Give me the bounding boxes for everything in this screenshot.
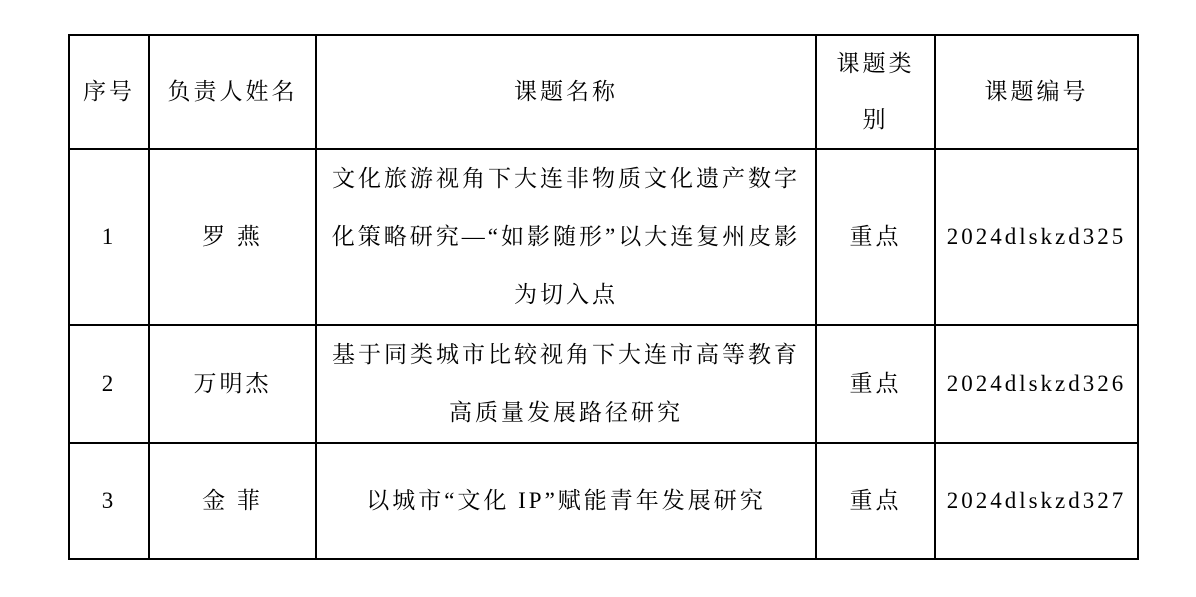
document-page: 序号 负责人姓名 课题名称 课题类别 课题编号 1 罗 燕 文化旅游视角下大连非… (0, 0, 1196, 597)
table-row: 3 金 菲 以城市“文化 IP”赋能青年发展研究 重点 2024dlskzd32… (69, 443, 1138, 559)
title-cell: 以城市“文化 IP”赋能青年发展研究 (316, 443, 816, 559)
name-cell: 罗 燕 (149, 149, 316, 325)
seq-cell: 3 (69, 443, 149, 559)
title-line: 基于同类城市比较视角下大连市高等教育 (324, 326, 808, 384)
seq-cell: 1 (69, 149, 149, 325)
table-row: 2 万明杰 基于同类城市比较视角下大连市高等教育 高质量发展路径研究 重点 20… (69, 325, 1138, 443)
column-header-code: 课题编号 (935, 35, 1138, 149)
header-row: 序号 负责人姓名 课题名称 课题类别 课题编号 (69, 35, 1138, 149)
title-cell: 基于同类城市比较视角下大连市高等教育 高质量发展路径研究 (316, 325, 816, 443)
category-cell: 重点 (816, 443, 935, 559)
name-cell: 万明杰 (149, 325, 316, 443)
name-cell: 金 菲 (149, 443, 316, 559)
code-cell: 2024dlskzd325 (935, 149, 1138, 325)
title-line: 文化旅游视角下大连非物质文化遗产数字 (324, 150, 808, 208)
seq-cell: 2 (69, 325, 149, 443)
title-line: 化策略研究—“如影随形”以大连复州皮影 (324, 208, 808, 266)
column-header-title: 课题名称 (316, 35, 816, 149)
column-header-category-label: 课题类别 (832, 36, 920, 148)
title-line: 以城市“文化 IP”赋能青年发展研究 (324, 472, 808, 530)
column-header-seq: 序号 (69, 35, 149, 149)
title-line: 为切入点 (324, 266, 808, 324)
column-header-category: 课题类别 (816, 35, 935, 149)
column-header-name: 负责人姓名 (149, 35, 316, 149)
code-cell: 2024dlskzd326 (935, 325, 1138, 443)
projects-table: 序号 负责人姓名 课题名称 课题类别 课题编号 1 罗 燕 文化旅游视角下大连非… (68, 34, 1139, 560)
code-cell: 2024dlskzd327 (935, 443, 1138, 559)
title-cell: 文化旅游视角下大连非物质文化遗产数字 化策略研究—“如影随形”以大连复州皮影 为… (316, 149, 816, 325)
category-cell: 重点 (816, 149, 935, 325)
title-line: 高质量发展路径研究 (324, 384, 808, 442)
table-row: 1 罗 燕 文化旅游视角下大连非物质文化遗产数字 化策略研究—“如影随形”以大连… (69, 149, 1138, 325)
category-cell: 重点 (816, 325, 935, 443)
